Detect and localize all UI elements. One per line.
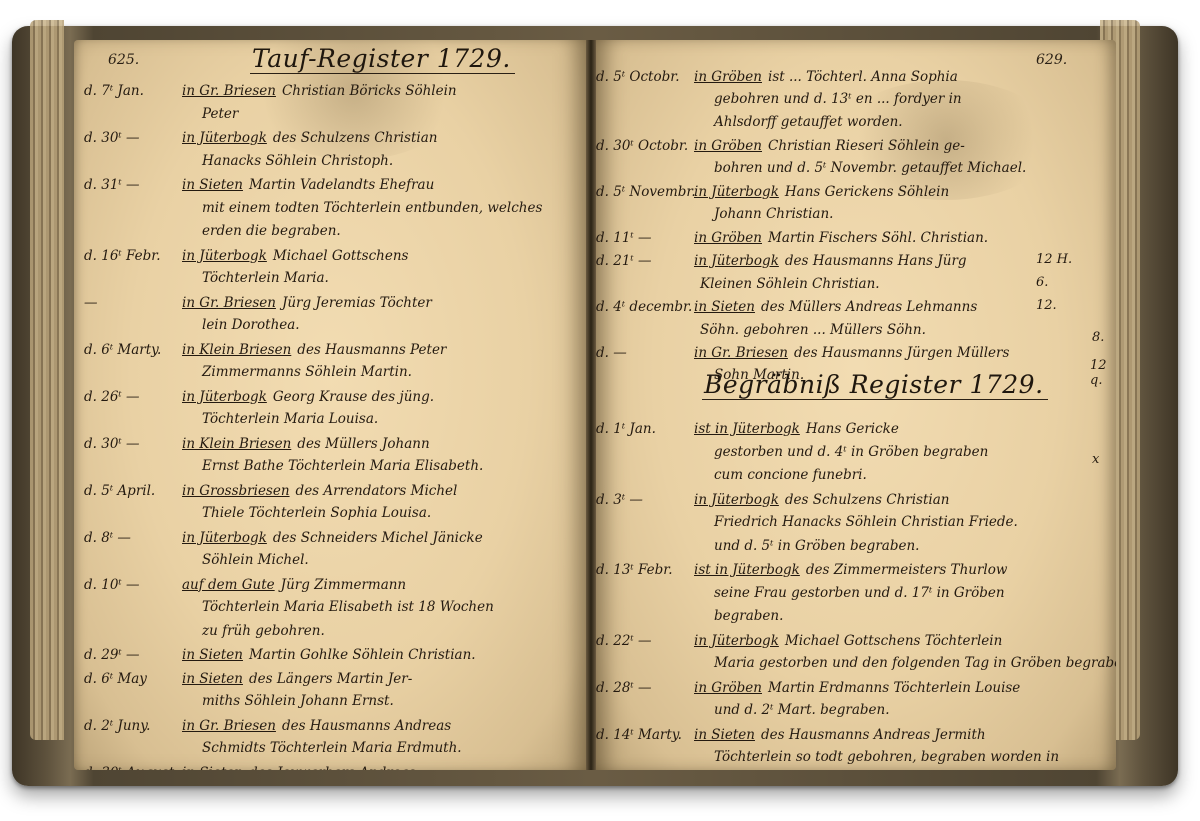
entry-text: Georg Krause des jüng.: [273, 389, 434, 405]
entry-text: Hans Gerickens Söhlein: [785, 184, 949, 200]
entry-text: Michael Gottschens: [273, 248, 409, 264]
register-entry: d. 22ᵗ —in JüterbogkMichael Gottschens T…: [596, 632, 1002, 650]
register-entry: d. 13ᵗ Febr.ist in Jüterbogkdes Zimmerme…: [596, 561, 1007, 579]
register-entry: d. 30ᵗ Octobr.in GröbenChristian Rieseri…: [596, 137, 965, 155]
entry-place: ist in Jüterbogk: [694, 421, 800, 437]
entry-text: Martin Fischers Söhl. Christian.: [768, 230, 988, 246]
entry-date: d. 4ᵗ decembr.: [596, 298, 694, 316]
entry-date: d. 11ᵗ —: [596, 229, 694, 247]
entry-date: d. 6ᵗ May: [84, 670, 182, 688]
entry-text: des Arrendators Michel: [296, 483, 458, 499]
entry-continuation: Töchterlein Maria Elisabeth ist 18 Woche…: [202, 599, 494, 615]
entry-place: in Jüterbogk: [694, 633, 779, 649]
entry-date: d. 28ᵗ —: [596, 679, 694, 697]
entry-text: Söhn. gebohren ... Müllers Söhn.: [700, 322, 926, 338]
entry-continuation: Zimmermanns Söhlein Martin.: [202, 364, 412, 380]
entry-place: in Jüterbogk: [694, 253, 779, 269]
entry-text: des Müllers Johann: [297, 436, 429, 452]
entry-place: in Gröben: [694, 69, 762, 85]
register-entry: d. 28ᵗ —in GröbenMartin Erdmanns Töchter…: [596, 679, 1020, 697]
entry-place: in Jüterbogk: [182, 130, 267, 146]
entry-text: des Zimmermeisters Thurlow: [806, 562, 1008, 578]
entry-date: d. —: [596, 344, 694, 362]
entry-place: in Jüterbogk: [694, 492, 779, 508]
entry-place: in Grossbriesen: [182, 483, 290, 499]
entry-date: d. 22ᵗ —: [596, 632, 694, 650]
entry-text: Jürg Zimmermann: [281, 577, 406, 593]
entry-place: in Jüterbogk: [694, 184, 779, 200]
left-page: 625. Tauf-Register 1729. d. 7ᵗ Jan.in Gr…: [74, 40, 586, 770]
entry-place: in Gr. Briesen: [182, 718, 276, 734]
entry-continuation: Töchterlein Maria.: [202, 270, 329, 286]
book-spine: [586, 40, 596, 770]
entry-place: in Gröben: [694, 230, 762, 246]
register-entry: d. 31ᵗ —in SietenMartin Vadelandts Ehefr…: [84, 176, 434, 194]
margin-number: 12 H.: [1036, 252, 1072, 267]
entry-place: in Sieten: [182, 765, 243, 771]
register-entry: d. 11ᵗ —in GröbenMartin Fischers Söhl. C…: [596, 229, 988, 247]
register-entry: d. —in Gr. Briesendes Hausmanns Jürgen M…: [596, 344, 1009, 362]
entry-place: in Klein Briesen: [182, 436, 291, 452]
page-number: 625.: [108, 52, 139, 68]
entry-continuation: cum concione funebri.: [714, 467, 867, 483]
margin-number: 12.: [1036, 298, 1057, 313]
entry-continuation: Töchterlein Maria Louisa.: [202, 411, 378, 427]
entry-text: ist ... Töchterl. Anna Sophia: [768, 69, 958, 85]
entry-text: Michael Gottschens Töchterlein: [785, 633, 1002, 649]
entry-text: Hans Gericke: [806, 421, 899, 437]
register-entry: d. 5ᵗ April.in Grossbriesendes Arrendato…: [84, 482, 457, 500]
entry-continuation: erden die begraben.: [202, 223, 341, 239]
entry-continuation: gebohren und d. 13ᵗ en ... fordyer in: [714, 91, 962, 107]
entry-place: in Sieten: [182, 177, 243, 193]
entry-date: d. 3ᵗ —: [596, 491, 694, 509]
entry-date: d. 5ᵗ April.: [84, 482, 182, 500]
entry-continuation: und d. 5ᵗ in Gröben begraben.: [714, 538, 919, 554]
entry-text: des Hausmanns Andreas Jermith: [761, 727, 986, 743]
register-entry: d. 30ᵗ —in Jüterbogkdes Schulzens Christ…: [84, 129, 437, 147]
entry-continuation: Töchterlein so todt gebohren, begraben w…: [714, 749, 1059, 765]
register-entry: d. 4ᵗ decembr.in Sietendes Müllers Andre…: [596, 298, 977, 316]
entry-text: des Schneiders Michel Jänicke: [273, 530, 483, 546]
burial-register-title: Begräbniß Register 1729.: [702, 370, 1048, 400]
entry-text: des Hausmanns Peter: [297, 342, 446, 358]
entry-date: d. 30ᵗ August.: [84, 764, 182, 771]
entry-date: d. 7ᵗ Jan.: [84, 82, 182, 100]
margin-mark: x: [1092, 452, 1099, 467]
register-entry: d. 29ᵗ —in SietenMartin Gohlke Söhlein C…: [84, 646, 476, 664]
entry-continuation: seine Frau gestorben und d. 17ᵗ in Gröbe…: [714, 585, 1005, 601]
right-page: 629. d. 5ᵗ Octobr.in Gröbenist ... Töcht…: [596, 40, 1116, 770]
register-entry: d. 14ᵗ Marty.in Sietendes Hausmanns Andr…: [596, 726, 986, 744]
entry-continuation: Thiele Töchterlein Sophia Louisa.: [202, 505, 431, 521]
register-entry: d. 6ᵗ Marty.in Klein Briesendes Hausmann…: [84, 341, 446, 359]
entry-date: d. 29ᵗ —: [84, 646, 182, 664]
entry-continuation: bohren und d. 5ᵗ Novembr. getauffet Mich…: [714, 160, 1026, 176]
register-entry: d. 3ᵗ —in Jüterbogkdes Schulzens Christi…: [596, 491, 949, 509]
entry-continuation: miths Söhlein Johann Ernst.: [202, 693, 394, 709]
entry-continuation: Ernst Bathe Töchterlein Maria Elisabeth.: [202, 458, 483, 474]
entry-text: des Jeuwerbers Andreas: [249, 765, 416, 771]
entry-place: in Gr. Briesen: [182, 83, 276, 99]
entry-text: des Schulzens Christian: [273, 130, 438, 146]
entry-date: d. 14ᵗ Marty.: [596, 726, 694, 744]
entry-date: d. 30ᵗ —: [84, 129, 182, 147]
margin-mark: 12 q.: [1090, 358, 1116, 388]
entry-date: d. 1ᵗ Jan.: [596, 420, 694, 438]
entry-place: in Jüterbogk: [182, 530, 267, 546]
entry-continuation: und d. 2ᵗ Mart. begraben.: [714, 702, 889, 718]
register-entry: —in Gr. BriesenJürg Jeremias Töchter: [84, 294, 432, 312]
entry-place: in Gr. Briesen: [182, 295, 276, 311]
page-number: 629.: [1036, 52, 1067, 68]
entry-continuation: zu früh gebohren.: [202, 623, 325, 639]
margin-number: 6.: [1036, 275, 1048, 290]
entry-place: auf dem Gute: [182, 577, 275, 593]
entry-continuation: Friedrich Hanacks Söhlein Christian Frie…: [714, 514, 1018, 530]
register-entry: d. 1ᵗ Jan.ist in JüterbogkHans Gericke: [596, 420, 899, 438]
entry-place: in Gröben: [694, 680, 762, 696]
entry-date: d. 2ᵗ Juny.: [84, 717, 182, 735]
entry-place: in Jüterbogk: [182, 248, 267, 264]
register-entry: d. 16ᵗ Febr.in JüterbogkMichael Gottsche…: [84, 247, 408, 265]
entry-place: in Sieten: [694, 299, 755, 315]
register-entry: d. 6ᵗ Mayin Sietendes Längers Martin Jer…: [84, 670, 412, 688]
entry-text: des Längers Martin Jer-: [249, 671, 412, 687]
entry-date: d. 13ᵗ Febr.: [596, 561, 694, 579]
entry-text: des Hausmanns Hans Jürg: [785, 253, 967, 269]
entry-continuation: Maria gestorben und den folgenden Tag in…: [714, 655, 1116, 671]
register-entry: d. 30ᵗ —in Klein Briesendes Müllers Joha…: [84, 435, 430, 453]
entry-place: in Klein Briesen: [182, 342, 291, 358]
entry-date: d. 30ᵗ —: [84, 435, 182, 453]
register-entry: d. 21ᵗ —in Jüterbogkdes Hausmanns Hans J…: [596, 252, 967, 270]
entry-text: des Müllers Andreas Lehmanns: [761, 299, 977, 315]
entry-place: ist in Jüterbogk: [694, 562, 800, 578]
page-edges-left: [30, 20, 64, 740]
entry-continuation: Schmidts Töchterlein Maria Erdmuth.: [202, 740, 462, 756]
entry-text: Kleinen Söhlein Christian.: [700, 276, 880, 292]
entry-place: in Gröben: [694, 138, 762, 154]
register-entry: d. 7ᵗ Jan.in Gr. BriesenChristian Börick…: [84, 82, 457, 100]
register-entry: d. 26ᵗ —in JüterbogkGeorg Krause des jün…: [84, 388, 434, 406]
entry-date: d. 10ᵗ —: [84, 576, 182, 594]
register-entry: d. 10ᵗ —auf dem GuteJürg Zimmermann: [84, 576, 406, 594]
entry-continuation: Johann Christian.: [714, 206, 833, 222]
entry-text: Christian Rieseri Söhlein ge-: [768, 138, 965, 154]
entry-text: Jürg Jeremias Töchter: [282, 295, 432, 311]
entry-text: Christian Böricks Söhlein: [282, 83, 457, 99]
entry-date: d. 26ᵗ —: [84, 388, 182, 406]
entry-continuation: begraben.: [714, 608, 783, 624]
entry-date: d. 21ᵗ —: [596, 252, 694, 270]
register-entry: d. 2ᵗ Juny.in Gr. Briesendes Hausmanns A…: [84, 717, 451, 735]
entry-text: des Hausmanns Andreas: [282, 718, 451, 734]
entry-continuation: gestorben und d. 4ᵗ in Gröben begraben: [714, 444, 988, 460]
entry-date: d. 6ᵗ Marty.: [84, 341, 182, 359]
register-entry: Söhn. gebohren ... Müllers Söhn.: [596, 321, 926, 339]
entry-date: d. 5ᵗ Octobr.: [596, 68, 694, 86]
entry-text: Martin Erdmanns Töchterlein Louise: [768, 680, 1020, 696]
entry-place: in Sieten: [694, 727, 755, 743]
entry-place: in Sieten: [182, 671, 243, 687]
register-entry: d. 5ᵗ Octobr.in Gröbenist ... Töchterl. …: [596, 68, 958, 86]
entry-date: d. 5ᵗ Novembr.: [596, 183, 694, 201]
entry-place: in Gr. Briesen: [694, 345, 788, 361]
register-entry: d. 5ᵗ Novembr.in JüterbogkHans Gerickens…: [596, 183, 949, 201]
entry-continuation: Söhlein Michel.: [202, 552, 309, 568]
entry-date: d. 16ᵗ Febr.: [84, 247, 182, 265]
baptism-register-title: Tauf-Register 1729.: [250, 44, 515, 74]
entry-continuation: Ahlsdorff getauffet worden.: [714, 114, 903, 130]
entry-continuation: lein Dorothea.: [202, 317, 300, 333]
register-entry: d. 8ᵗ —in Jüterbogkdes Schneiders Michel…: [84, 529, 483, 547]
entry-continuation: mit einem todten Töchterlein entbunden, …: [202, 200, 542, 216]
margin-mark: 8.: [1092, 330, 1104, 345]
entry-text: Martin Vadelandts Ehefrau: [249, 177, 434, 193]
entry-date: d. 31ᵗ —: [84, 176, 182, 194]
entry-continuation: Hanacks Söhlein Christoph.: [202, 153, 393, 169]
entry-date: d. 30ᵗ Octobr.: [596, 137, 694, 155]
entry-text: des Hausmanns Jürgen Müllers: [794, 345, 1009, 361]
entry-date: —: [84, 294, 182, 312]
register-entry: d. 30ᵗ August.in Sietendes Jeuwerbers An…: [84, 764, 416, 771]
entry-text: Martin Gohlke Söhlein Christian.: [249, 647, 476, 663]
register-entry: Kleinen Söhlein Christian.: [596, 275, 880, 293]
entry-place: in Jüterbogk: [182, 389, 267, 405]
entry-place: in Sieten: [182, 647, 243, 663]
entry-text: des Schulzens Christian: [785, 492, 950, 508]
entry-date: d. 8ᵗ —: [84, 529, 182, 547]
entry-continuation: Peter: [202, 106, 238, 122]
